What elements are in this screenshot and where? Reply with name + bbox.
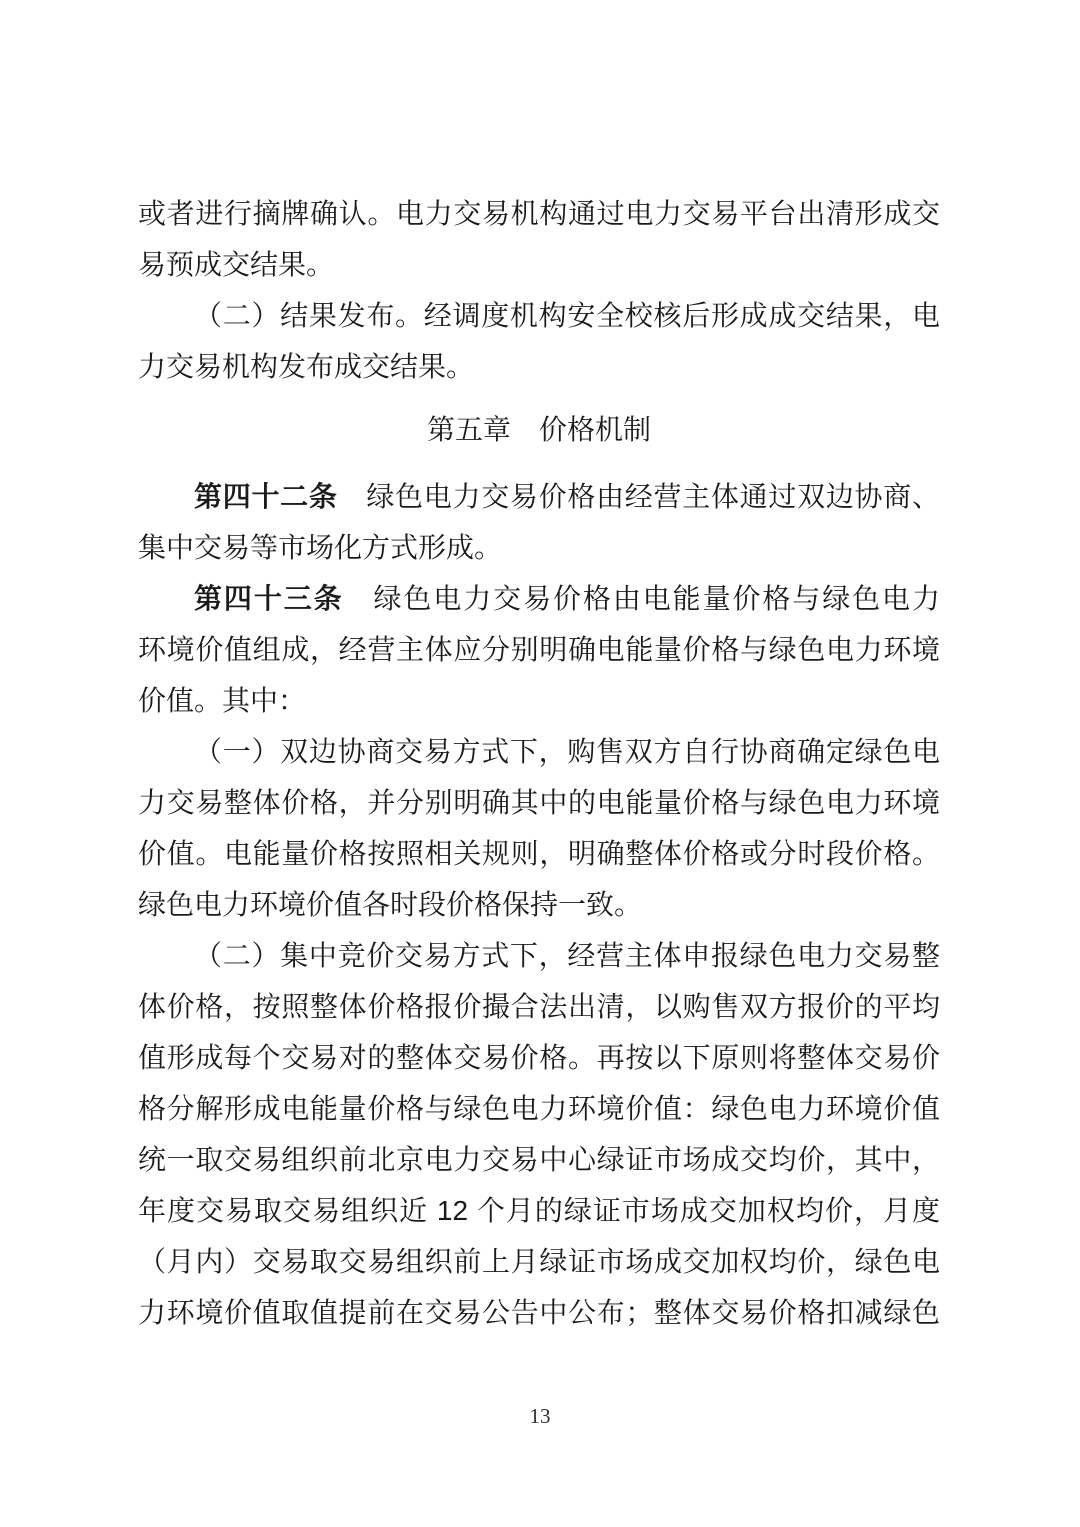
- chapter-heading: 第五章 价格机制: [138, 404, 940, 455]
- text-line: 第四十三条 绿色电力交易价格由电能量价格与绿色电力: [138, 573, 940, 624]
- text-line: 价值。其中：: [138, 675, 940, 726]
- text-line: （月内）交易取交易组织前上月绿证市场成交加权均价，绿色电: [138, 1236, 940, 1287]
- text-line: 集中交易等市场化方式形成。: [138, 522, 940, 573]
- document-page: 或者进行摘牌确认。电力交易机构通过电力交易平台出清形成交易预成交结果。（二）结果…: [0, 0, 1080, 1527]
- text-line: 力交易机构发布成交结果。: [138, 341, 940, 392]
- text-line: 力交易整体价格，并分别明确其中的电能量价格与绿色电力环境: [138, 777, 940, 828]
- text-line: （一）双边协商交易方式下，购售双方自行协商确定绿色电: [138, 726, 940, 777]
- page-number: 13: [0, 1404, 1080, 1429]
- text-line: 值形成每个交易对的整体交易价格。再按以下原则将整体交易价: [138, 1032, 940, 1083]
- article-number: 第四十三条: [194, 583, 344, 614]
- text-line: 格分解形成电能量价格与绿色电力环境价值：绿色电力环境价值: [138, 1083, 940, 1134]
- text-line: 或者进行摘牌确认。电力交易机构通过电力交易平台出清形成交: [138, 188, 940, 239]
- text-line: 环境价值组成，经营主体应分别明确电能量价格与绿色电力环境: [138, 624, 940, 675]
- text-line: 年度交易取交易组织近 12 个月的绿证市场成交加权均价，月度: [138, 1185, 940, 1236]
- text-line: （二）结果发布。经调度机构安全校核后形成成交结果，电: [138, 290, 940, 341]
- text-line: 体价格，按照整体价格报价撮合法出清，以购售双方报价的平均: [138, 981, 940, 1032]
- text-line: 力环境价值取值提前在交易公告中公布；整体交易价格扣减绿色: [138, 1287, 940, 1338]
- text-line: 价值。电能量价格按照相关规则，明确整体价格或分时段价格。: [138, 828, 940, 879]
- document-lines: 或者进行摘牌确认。电力交易机构通过电力交易平台出清形成交易预成交结果。（二）结果…: [138, 188, 940, 1338]
- text-line: 绿色电力环境价值各时段价格保持一致。: [138, 879, 940, 930]
- text-line: 易预成交结果。: [138, 239, 940, 290]
- text-line: （二）集中竞价交易方式下，经营主体申报绿色电力交易整: [138, 930, 940, 981]
- text-line: 统一取交易组织前北京电力交易中心绿证市场成交均价，其中，: [138, 1134, 940, 1185]
- text-line: 第四十二条 绿色电力交易价格由经营主体通过双边协商、: [138, 471, 940, 522]
- article-number: 第四十二条: [194, 481, 338, 512]
